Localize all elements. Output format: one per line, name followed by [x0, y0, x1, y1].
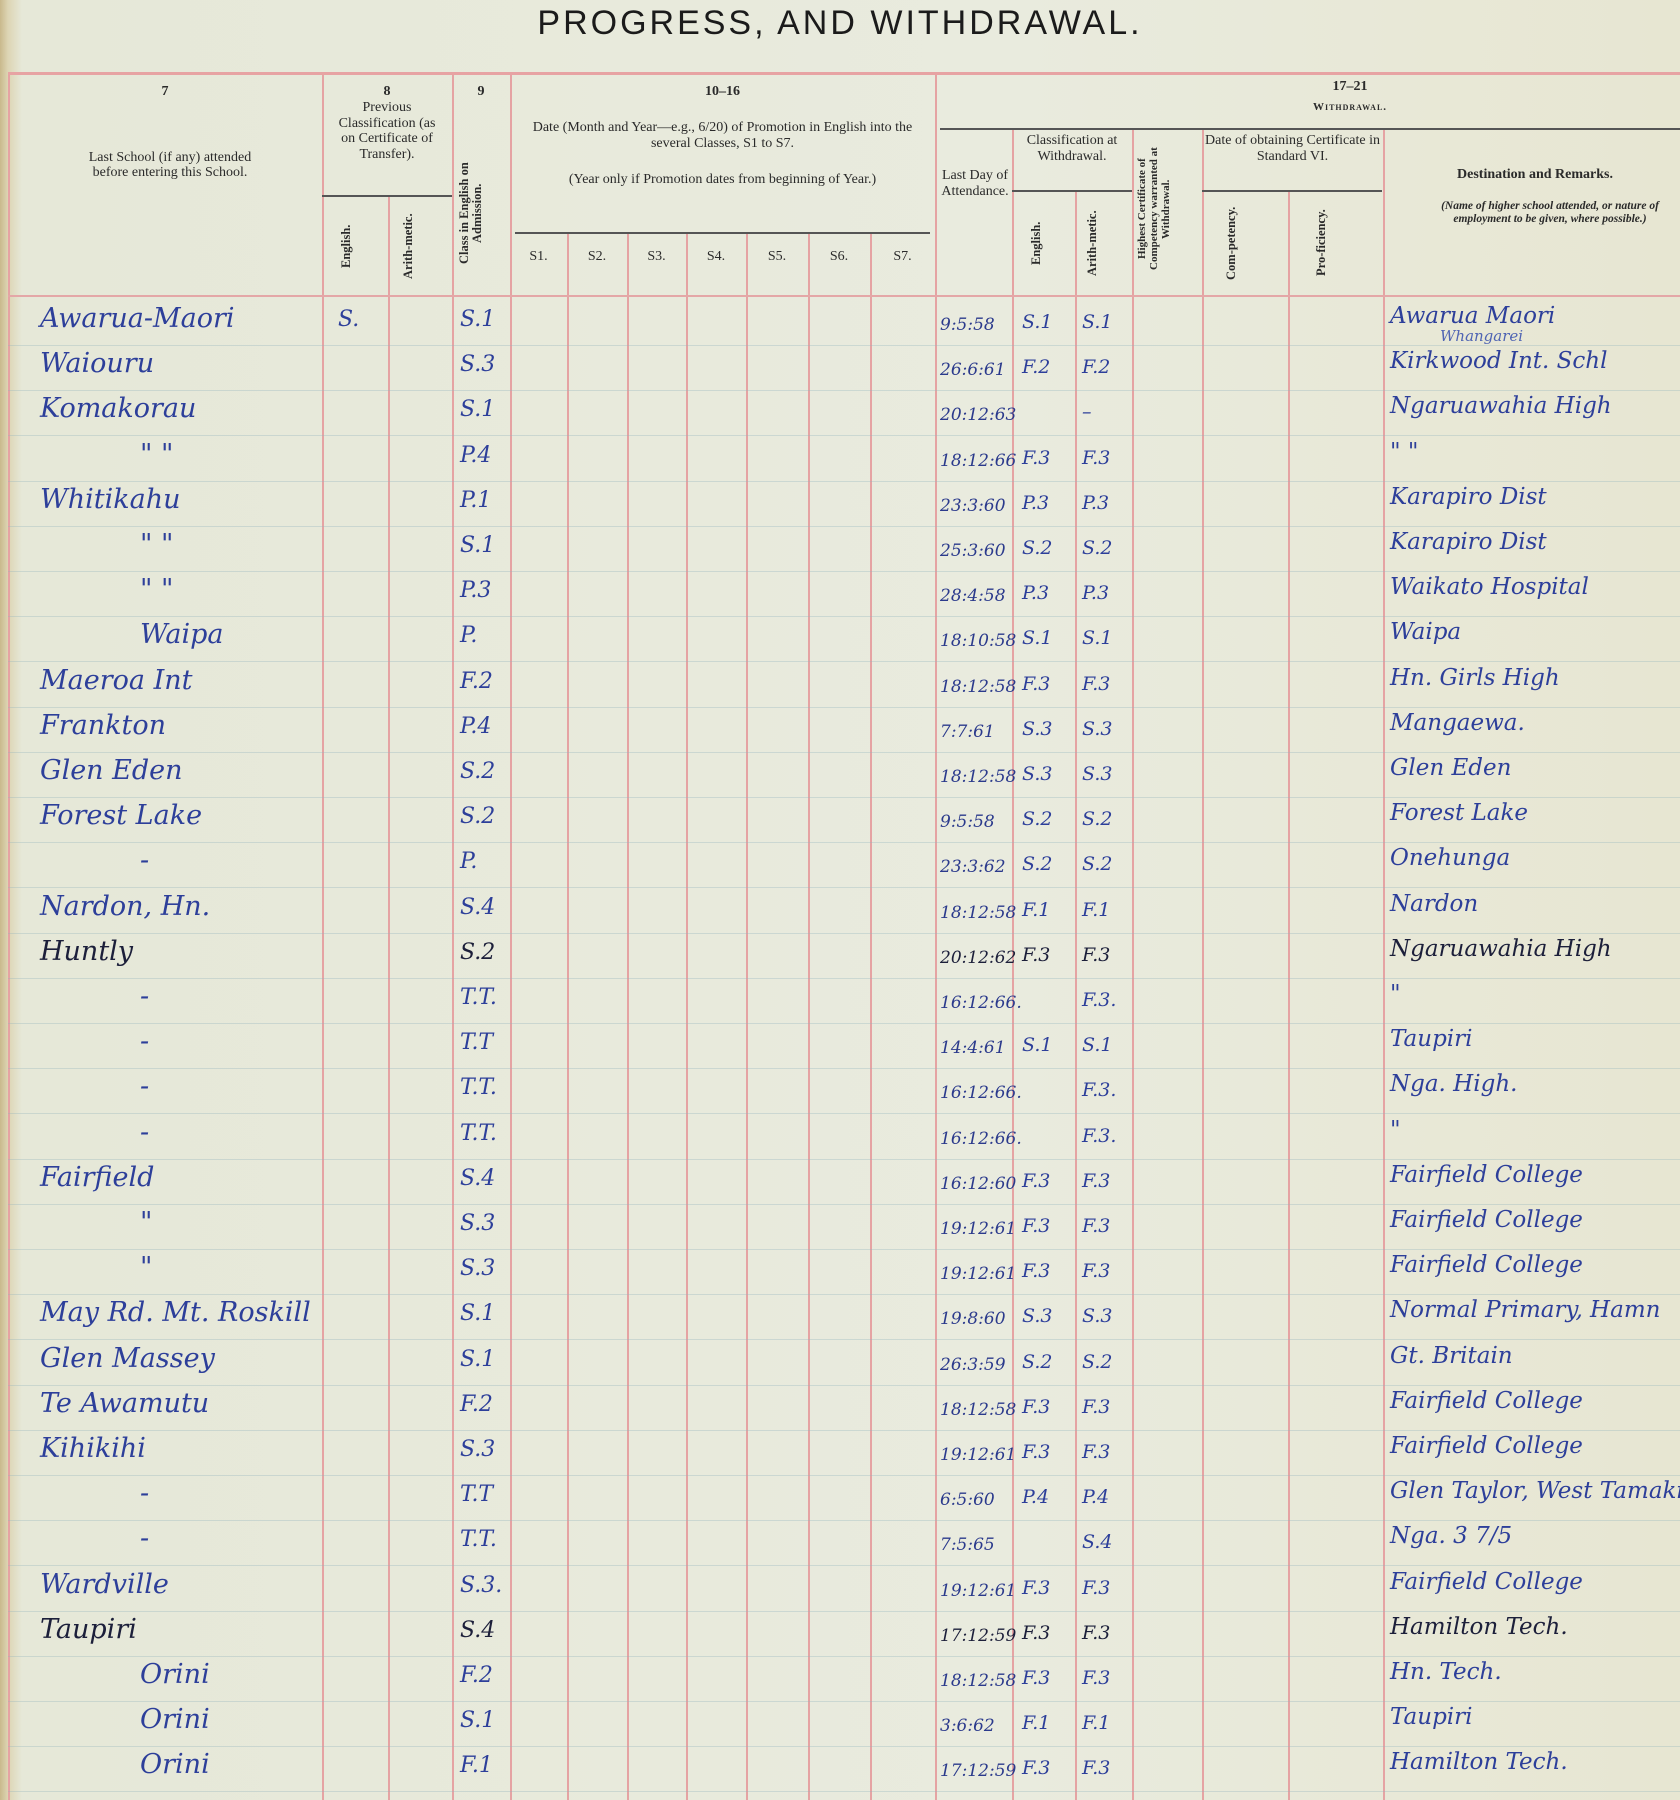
withdrawal-arith-cell: F.3	[1082, 1260, 1110, 1282]
last-day-cell: 19:12:61	[940, 1219, 1016, 1239]
header-bottom-rule	[8, 295, 1680, 297]
last-day-cell: 19:12:61	[940, 1264, 1016, 1284]
withdrawal-classification-label: Classification at Withdrawal.	[1015, 133, 1129, 164]
destination-cell: Hn. Tech.	[1390, 1659, 1502, 1685]
withdrawal-english-cell: F.3	[1022, 1667, 1050, 1689]
destination-note-cell: Whangarei	[1440, 327, 1523, 345]
withdrawal-arith-cell: F.3.	[1082, 989, 1116, 1011]
column-divider	[452, 75, 454, 1800]
row-rule	[8, 978, 1680, 979]
column-divider	[935, 75, 937, 1800]
register-page: PROGRESS, AND WITHDRAWAL. 7 Last School …	[0, 0, 1680, 1800]
col9-label: Class in English on Admission.	[458, 138, 504, 288]
last-day-cell: 19:12:61	[940, 1445, 1016, 1465]
last-day-cell: 26:6:61	[940, 360, 1006, 380]
withdrawal-arith-cell: F.3	[1082, 1396, 1110, 1418]
row-rule	[8, 571, 1680, 572]
last-day-cell: 7:5:65	[940, 1535, 995, 1555]
admission-class-cell: S.4	[460, 895, 495, 920]
row-rule	[8, 752, 1680, 753]
admission-class-cell: F.2	[460, 669, 493, 694]
destination-note: (Name of higher school attended, or natu…	[1420, 200, 1680, 225]
withdrawal-english-cell: F.3	[1022, 1622, 1050, 1644]
last-day-cell: 18:12:58	[940, 903, 1016, 923]
withdrawal-arith-cell: F.1	[1082, 1712, 1110, 1734]
last-day-cell: 7:7:61	[940, 722, 995, 742]
column-divider	[1075, 190, 1077, 1800]
withdrawal-arith-cell: S.3	[1082, 718, 1112, 740]
last-school-cell: Komakorau	[40, 393, 196, 424]
withdrawal-english-cell: F.3	[1022, 1260, 1050, 1282]
date-certificate-label: Date of obtaining Certificate in Standar…	[1205, 133, 1380, 164]
last-day-cell: 16:12:66.	[940, 993, 1022, 1013]
last-day-cell: 20:12:62	[940, 948, 1016, 968]
destination-cell: Awarua Maori	[1390, 303, 1555, 329]
col8-label: Previous Classification (as on Certifica…	[330, 100, 444, 162]
last-school-cell: Orini	[140, 1704, 210, 1735]
destination-cell: Normal Primary, Hamn	[1390, 1297, 1660, 1323]
withdrawal-arith-cell: F.3	[1082, 673, 1110, 695]
col7-number: 7	[8, 85, 322, 99]
col17-21-number: 17–21	[1200, 80, 1500, 94]
destination-cell: Hn. Girls High	[1390, 665, 1560, 691]
admission-class-cell: P.3	[460, 578, 491, 603]
highest-certificate-label: Highest Certificate of Competency warran…	[1136, 132, 1198, 286]
destination-cell: Nardon	[1390, 891, 1478, 917]
admission-class-cell: F.1	[460, 1753, 493, 1778]
row-rule	[8, 390, 1680, 391]
withdrawal-arith-cell: S.3	[1082, 763, 1112, 785]
last-school-cell: Wardville	[40, 1569, 169, 1600]
destination-cell: Hamilton Tech.	[1390, 1614, 1568, 1640]
withdrawal-arith-cell: F.3	[1082, 1215, 1110, 1237]
admission-class-cell: S.3.	[460, 1573, 502, 1598]
admission-class-cell: S.2	[460, 940, 495, 965]
row-rule	[8, 1475, 1680, 1476]
destination-cell: Fairfield College	[1390, 1433, 1583, 1459]
destination-cell: Glen Taylor, West Tamaki	[1390, 1478, 1680, 1504]
destination-cell: "	[1390, 981, 1401, 1007]
withdrawal-english-cell: S.2	[1022, 808, 1052, 830]
admission-class-cell: T.T	[460, 1030, 493, 1055]
s4-label: S4.	[686, 250, 746, 264]
withdrawal-arith-cell: S.2	[1082, 853, 1112, 875]
last-school-cell: -	[140, 1071, 149, 1102]
last-day-cell: 18:12:58	[940, 1400, 1016, 1420]
last-day-cell: 20:12:63	[940, 405, 1016, 425]
withdrawal-arith-cell: F.3	[1082, 944, 1110, 966]
row-rule	[8, 1113, 1680, 1114]
row-rule	[8, 1294, 1680, 1295]
withdrawal-english-cell: F.3	[1022, 1170, 1050, 1192]
column-divider	[1202, 128, 1204, 1800]
last-day-label: Last Day of Attendance.	[940, 168, 1010, 199]
last-school-cell: Awarua-Maori	[40, 303, 235, 334]
withdrawal-arith-cell: S.1	[1082, 1034, 1112, 1056]
last-school-cell: "	[140, 1207, 152, 1238]
destination-cell: Ngaruawahia High	[1390, 936, 1612, 962]
admission-class-cell: S.1	[460, 1708, 495, 1733]
last-day-cell: 16:12:66.	[940, 1083, 1022, 1103]
withdrawal-arith-cell: F.2	[1082, 356, 1110, 378]
row-rule	[8, 707, 1680, 708]
withdrawal-english-cell: S.1	[1022, 311, 1052, 333]
row-rule	[8, 1791, 1680, 1792]
last-school-cell: " "	[140, 574, 173, 605]
col10-16-label: Date (Month and Year—e.g., 6/20) of Prom…	[525, 120, 920, 151]
col8-arith-label: Arith-metic.	[402, 205, 442, 287]
row-rule	[8, 435, 1680, 436]
last-day-cell: 18:12:58	[940, 767, 1016, 787]
admission-class-cell: S.1	[460, 533, 495, 558]
last-school-cell: Glen Massey	[40, 1343, 215, 1374]
destination-cell: Waikato Hospital	[1390, 574, 1589, 600]
admission-class-cell: S.4	[460, 1618, 495, 1643]
withdrawal-english-cell: S.3	[1022, 1305, 1052, 1327]
last-school-cell: Orini	[140, 1749, 210, 1780]
withdrawal-arith-label: Arith-metic.	[1086, 200, 1126, 286]
admission-class-cell: P.4	[460, 443, 491, 468]
column-divider	[510, 75, 512, 1800]
withdrawal-english-cell: F.2	[1022, 356, 1050, 378]
last-day-cell: 3:6:62	[940, 1716, 995, 1736]
previous-english-cell: S.	[338, 307, 359, 332]
row-rule	[8, 1204, 1680, 1205]
destination-cell: Ngaruawahia High	[1390, 393, 1612, 419]
withdrawal-arith-cell: S.1	[1082, 627, 1112, 649]
admission-class-cell: F.2	[460, 1663, 493, 1688]
destination-cell: Fairfield College	[1390, 1388, 1583, 1414]
last-school-cell: May Rd. Mt. Roskill	[40, 1297, 311, 1328]
withdrawal-english-label: English.	[1030, 200, 1060, 286]
column-divider	[1288, 190, 1290, 1800]
s2-label: S2.	[567, 250, 627, 264]
last-day-cell: 25:3:60	[940, 541, 1006, 561]
withdrawal-arith-cell: F.3	[1082, 1622, 1110, 1644]
admission-class-cell: S.3	[460, 1211, 495, 1236]
withdrawal-english-cell: F.3	[1022, 1757, 1050, 1779]
last-school-cell: " "	[140, 529, 173, 560]
last-day-cell: 18:12:58	[940, 677, 1016, 697]
admission-class-cell: S.1	[460, 1301, 495, 1326]
withdrawal-arith-cell: F.3	[1082, 1667, 1110, 1689]
withdrawal-group-label: Withdrawal.	[1200, 100, 1500, 114]
last-day-cell: 18:12:66	[940, 451, 1016, 471]
page-title: PROGRESS, AND WITHDRAWAL.	[0, 4, 1680, 43]
row-rule	[8, 1339, 1680, 1340]
admission-class-cell: P.	[460, 849, 477, 874]
last-day-cell: 16:12:60	[940, 1174, 1016, 1194]
admission-class-cell: T.T.	[460, 985, 497, 1010]
admission-class-cell: P.1	[460, 488, 491, 513]
withdrawal-arith-cell: F.3	[1082, 1577, 1110, 1599]
withdrawal-english-cell: P.3	[1022, 582, 1049, 604]
withdrawal-english-cell: P.4	[1022, 1486, 1049, 1508]
last-school-cell: Te Awamutu	[40, 1388, 209, 1419]
competency-label: Com-petency.	[1225, 200, 1265, 286]
withdrawal-english-cell: S.1	[1022, 627, 1052, 649]
last-day-cell: 26:3:59	[940, 1355, 1006, 1375]
destination-cell: Hamilton Tech.	[1390, 1749, 1568, 1775]
s6-label: S6.	[808, 250, 870, 264]
last-school-cell: Waipa	[140, 619, 224, 650]
row-rule	[8, 1385, 1680, 1386]
withdrawal-english-cell: F.3	[1022, 447, 1050, 469]
last-day-cell: 23:3:60	[940, 496, 1006, 516]
destination-cell: Karapiro Dist	[1390, 484, 1547, 510]
withdrawal-arith-cell: F.3.	[1082, 1125, 1116, 1147]
last-school-cell: Taupiri	[40, 1614, 137, 1645]
last-day-cell: 6:5:60	[940, 1490, 995, 1510]
admission-class-cell: T.T	[460, 1482, 493, 1507]
subheader-rule	[1202, 190, 1382, 192]
destination-cell: Fairfield College	[1390, 1252, 1583, 1278]
withdrawal-arith-cell: S.2	[1082, 1351, 1112, 1373]
last-day-cell: 19:8:60	[940, 1309, 1006, 1329]
destination-cell: Onehunga	[1390, 845, 1510, 871]
destination-cell: Nga. High.	[1390, 1071, 1517, 1097]
withdrawal-arith-cell: –	[1082, 401, 1092, 423]
withdrawal-arith-cell: F.3.	[1082, 1079, 1116, 1101]
withdrawal-english-cell: F.1	[1022, 899, 1050, 921]
last-school-cell: Huntly	[40, 936, 133, 967]
withdrawal-english-cell: S.3	[1022, 718, 1052, 740]
column-divider	[322, 75, 324, 1800]
withdrawal-english-cell: F.3	[1022, 673, 1050, 695]
row-rule	[8, 345, 1680, 346]
last-school-cell: -	[140, 1026, 149, 1057]
last-school-cell: Whitikahu	[40, 484, 181, 515]
subheader-rule	[940, 128, 1680, 130]
destination-cell: Fairfield College	[1390, 1207, 1583, 1233]
withdrawal-arith-cell: S.3	[1082, 1305, 1112, 1327]
s1-label: S1.	[510, 250, 567, 264]
column-divider	[8, 75, 10, 1800]
destination-cell: Karapiro Dist	[1390, 529, 1547, 555]
last-school-cell: Fairfield	[40, 1162, 154, 1193]
destination-cell: Forest Lake	[1390, 800, 1528, 826]
subheader-rule	[515, 232, 930, 234]
withdrawal-arith-cell: P.4	[1082, 1486, 1109, 1508]
last-school-cell: -	[140, 1478, 149, 1509]
admission-class-cell: P.	[460, 623, 477, 648]
row-rule	[8, 933, 1680, 934]
withdrawal-arith-cell: S.4	[1082, 1531, 1112, 1553]
row-rule	[8, 1023, 1680, 1024]
admission-class-cell: S.2	[460, 804, 495, 829]
last-school-cell: Nardon, Hn.	[40, 891, 210, 922]
row-rule	[8, 1746, 1680, 1747]
withdrawal-english-cell: S.2	[1022, 1351, 1052, 1373]
withdrawal-arith-cell: S.2	[1082, 537, 1112, 559]
row-rule	[8, 616, 1680, 617]
destination-cell: Gt. Britain	[1390, 1343, 1513, 1369]
last-school-cell: " "	[140, 439, 173, 470]
last-day-cell: 16:12:66.	[940, 1129, 1022, 1149]
last-day-cell: 19:12:61	[940, 1581, 1016, 1601]
destination-cell: Taupiri	[1390, 1704, 1473, 1730]
row-rule	[8, 1068, 1680, 1069]
row-rule	[8, 842, 1680, 843]
withdrawal-arith-cell: S.1	[1082, 311, 1112, 333]
withdrawal-arith-cell: P.3	[1082, 492, 1109, 514]
column-divider	[1132, 128, 1134, 1800]
row-rule	[8, 797, 1680, 798]
row-rule	[8, 1565, 1680, 1566]
admission-class-cell: S.3	[460, 1437, 495, 1462]
col8-number: 8	[322, 85, 452, 99]
row-rule	[8, 481, 1680, 482]
destination-cell: Glen Eden	[1390, 755, 1511, 781]
destination-cell: " "	[1390, 439, 1418, 465]
last-school-cell: Glen Eden	[40, 755, 183, 786]
last-school-cell: Orini	[140, 1659, 210, 1690]
withdrawal-english-cell: S.2	[1022, 537, 1052, 559]
withdrawal-english-cell: F.3	[1022, 1396, 1050, 1418]
col10-16-note: (Year only if Promotion dates from begin…	[525, 172, 920, 188]
withdrawal-english-cell: S.1	[1022, 1034, 1052, 1056]
destination-label: Destination and Remarks.	[1390, 168, 1680, 182]
admission-class-cell: T.T.	[460, 1121, 497, 1146]
row-rule	[8, 526, 1680, 527]
last-day-cell: 28:4:58	[940, 586, 1006, 606]
row-rule	[8, 1249, 1680, 1250]
row-rule	[8, 1159, 1680, 1160]
row-rule	[8, 1656, 1680, 1657]
row-rule	[8, 661, 1680, 662]
withdrawal-english-cell: P.3	[1022, 492, 1049, 514]
admission-class-cell: S.1	[460, 1347, 495, 1372]
proficiency-label: Pro-ficiency.	[1315, 200, 1355, 286]
last-day-cell: 9:5:58	[940, 812, 995, 832]
last-day-cell: 17:12:59	[940, 1626, 1016, 1646]
admission-class-cell: T.T.	[460, 1527, 497, 1552]
destination-cell: Fairfield College	[1390, 1569, 1583, 1595]
destination-cell: Waipa	[1390, 619, 1461, 645]
row-rule	[8, 1520, 1680, 1521]
admission-class-cell: F.2	[460, 1392, 493, 1417]
header-top-rule	[8, 72, 1680, 75]
withdrawal-english-cell: F.3	[1022, 1215, 1050, 1237]
last-day-cell: 17:12:59	[940, 1761, 1016, 1781]
s5-label: S5.	[746, 250, 808, 264]
withdrawal-english-cell: S.3	[1022, 763, 1052, 785]
admission-class-cell: S.1	[460, 397, 495, 422]
destination-cell: Fairfield College	[1390, 1162, 1583, 1188]
withdrawal-arith-cell: F.3	[1082, 1170, 1110, 1192]
last-day-cell: 18:12:58	[940, 1671, 1016, 1691]
s3-label: S3.	[627, 250, 686, 264]
subheader-rule	[1012, 190, 1132, 192]
admission-class-cell: S.3	[460, 1256, 495, 1281]
last-school-cell: Forest Lake	[40, 800, 202, 831]
row-rule	[8, 1430, 1680, 1431]
admission-class-cell: S.4	[460, 1166, 495, 1191]
withdrawal-arith-cell: P.3	[1082, 582, 1109, 604]
last-day-cell: 23:3:62	[940, 857, 1006, 877]
col9-number: 9	[452, 85, 510, 99]
last-school-cell: -	[140, 981, 149, 1012]
last-day-cell: 18:10:58	[940, 631, 1016, 651]
last-school-cell: -	[140, 1117, 149, 1148]
last-day-cell: 9:5:58	[940, 315, 995, 335]
col7-label: Last School (if any) attended before ent…	[70, 150, 270, 180]
last-school-cell: Kihikihi	[40, 1433, 146, 1464]
last-school-cell: -	[140, 1523, 149, 1554]
column-divider	[1383, 128, 1385, 1800]
row-rule	[8, 887, 1680, 888]
col10-16-number: 10–16	[510, 85, 935, 99]
admission-class-cell: S.3	[460, 352, 495, 377]
admission-class-cell: S.2	[460, 759, 495, 784]
withdrawal-english-cell: S.2	[1022, 853, 1052, 875]
row-rule	[8, 1701, 1680, 1702]
admission-class-cell: T.T.	[460, 1075, 497, 1100]
s7-label: S7.	[870, 250, 935, 264]
withdrawal-arith-cell: S.2	[1082, 808, 1112, 830]
withdrawal-arith-cell: F.1	[1082, 899, 1110, 921]
subheader-rule	[322, 195, 452, 197]
withdrawal-arith-cell: F.3	[1082, 1757, 1110, 1779]
destination-cell: Nga. 3 7/5	[1390, 1523, 1512, 1549]
last-day-cell: 14:4:61	[940, 1038, 1006, 1058]
withdrawal-english-cell: F.3	[1022, 1577, 1050, 1599]
row-rule	[8, 1611, 1680, 1612]
withdrawal-arith-cell: F.3	[1082, 1441, 1110, 1463]
last-school-cell: Frankton	[40, 710, 166, 741]
last-school-cell: "	[140, 1252, 152, 1283]
destination-cell: Kirkwood Int. Schl	[1390, 348, 1607, 374]
col8-english-label: English.	[340, 205, 370, 287]
withdrawal-english-cell: F.1	[1022, 1712, 1050, 1734]
withdrawal-arith-cell: F.3	[1082, 447, 1110, 469]
withdrawal-english-cell: F.3	[1022, 1441, 1050, 1463]
last-school-cell: Waiouru	[40, 348, 154, 379]
admission-class-cell: P.4	[460, 714, 491, 739]
last-school-cell: -	[140, 845, 149, 876]
destination-cell: Mangaewa.	[1390, 710, 1525, 736]
destination-cell: Taupiri	[1390, 1026, 1473, 1052]
destination-cell: "	[1390, 1117, 1401, 1143]
withdrawal-english-cell: F.3	[1022, 944, 1050, 966]
admission-class-cell: S.1	[460, 307, 495, 332]
last-school-cell: Maeroa Int	[40, 665, 192, 696]
